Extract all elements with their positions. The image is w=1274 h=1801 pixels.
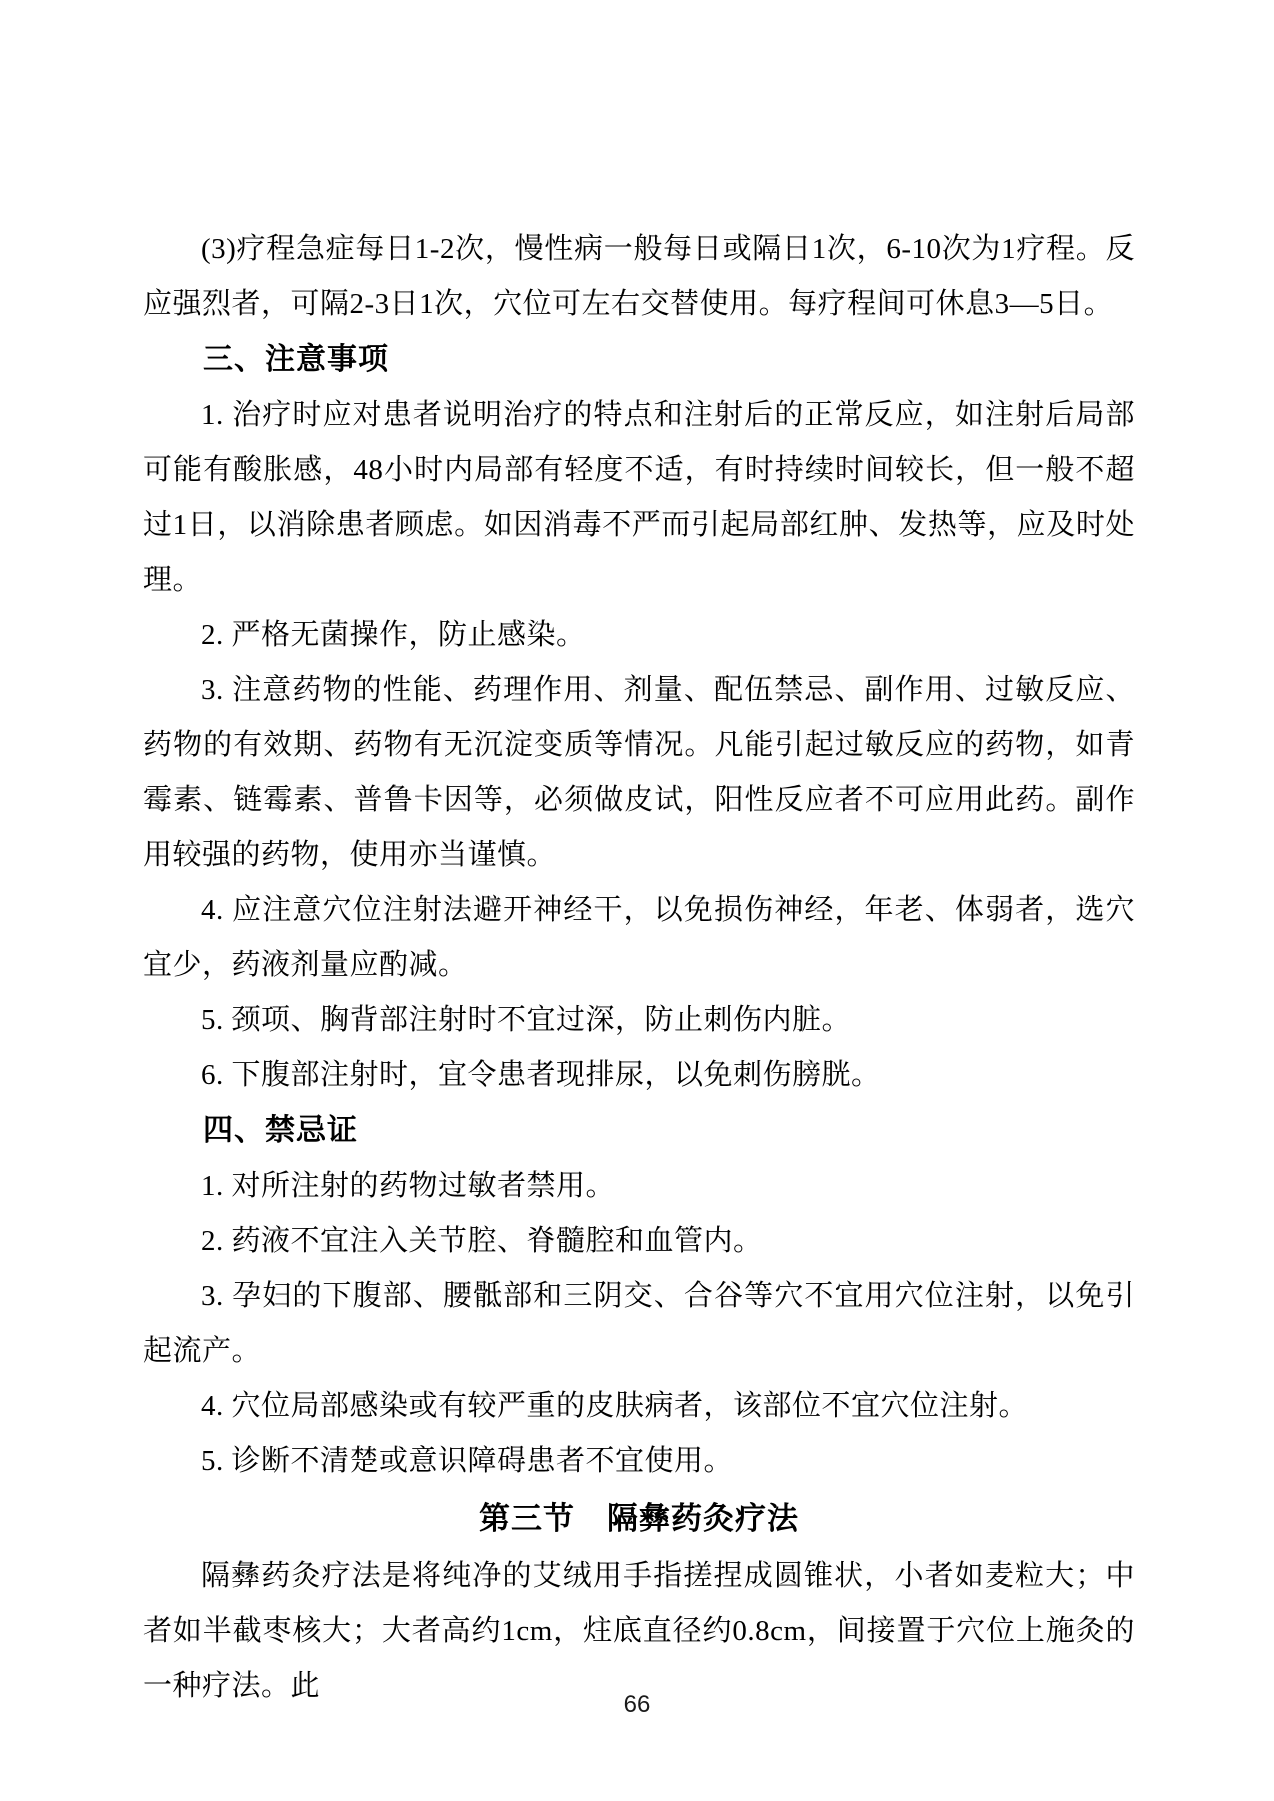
paragraph-treatment-course: (3)疗程急症每日1-2次，慢性病一般每日或隔日1次，6-10次为1疗程。反应强…	[143, 222, 1135, 332]
section-title-ge-yi-yao-jiu: 第三节 隔彝药灸疗法	[143, 1489, 1135, 1549]
paragraph-precaution-3: 3. 注意药物的性能、药理作用、剂量、配伍禁忌、副作用、过敏反应、药物的有效期、…	[143, 663, 1135, 883]
paragraph-precaution-2: 2. 严格无菌操作，防止感染。	[143, 608, 1135, 663]
paragraph-precaution-5: 5. 颈项、胸背部注射时不宜过深，防止刺伤内脏。	[143, 993, 1135, 1048]
page-number: 66	[0, 1690, 1274, 1720]
paragraph-precaution-1: 1. 治疗时应对患者说明治疗的特点和注射后的正常反应，如注射后局部可能有酸胀感，…	[143, 388, 1135, 608]
paragraph-contraindication-3: 3. 孕妇的下腹部、腰骶部和三阴交、合谷等穴不宜用穴位注射，以免引起流产。	[143, 1269, 1135, 1379]
paragraph-contraindication-4: 4. 穴位局部感染或有较严重的皮肤病者，该部位不宜穴位注射。	[143, 1379, 1135, 1434]
heading-precautions: 三、注意事项	[143, 332, 1135, 388]
document-body: (3)疗程急症每日1-2次，慢性病一般每日或隔日1次，6-10次为1疗程。反应强…	[143, 222, 1135, 1714]
paragraph-contraindication-1: 1. 对所注射的药物过敏者禁用。	[143, 1159, 1135, 1214]
paragraph-contraindication-5: 5. 诊断不清楚或意识障碍患者不宜使用。	[143, 1434, 1135, 1489]
paragraph-precaution-4: 4. 应注意穴位注射法避开神经干，以免损伤神经，年老、体弱者，选穴宜少，药液剂量…	[143, 883, 1135, 993]
heading-contraindications: 四、禁忌证	[143, 1103, 1135, 1159]
document-page: (3)疗程急症每日1-2次，慢性病一般每日或隔日1次，6-10次为1疗程。反应强…	[0, 0, 1274, 1801]
paragraph-precaution-6: 6. 下腹部注射时，宜令患者现排尿，以免刺伤膀胱。	[143, 1048, 1135, 1103]
paragraph-contraindication-2: 2. 药液不宜注入关节腔、脊髓腔和血管内。	[143, 1214, 1135, 1269]
